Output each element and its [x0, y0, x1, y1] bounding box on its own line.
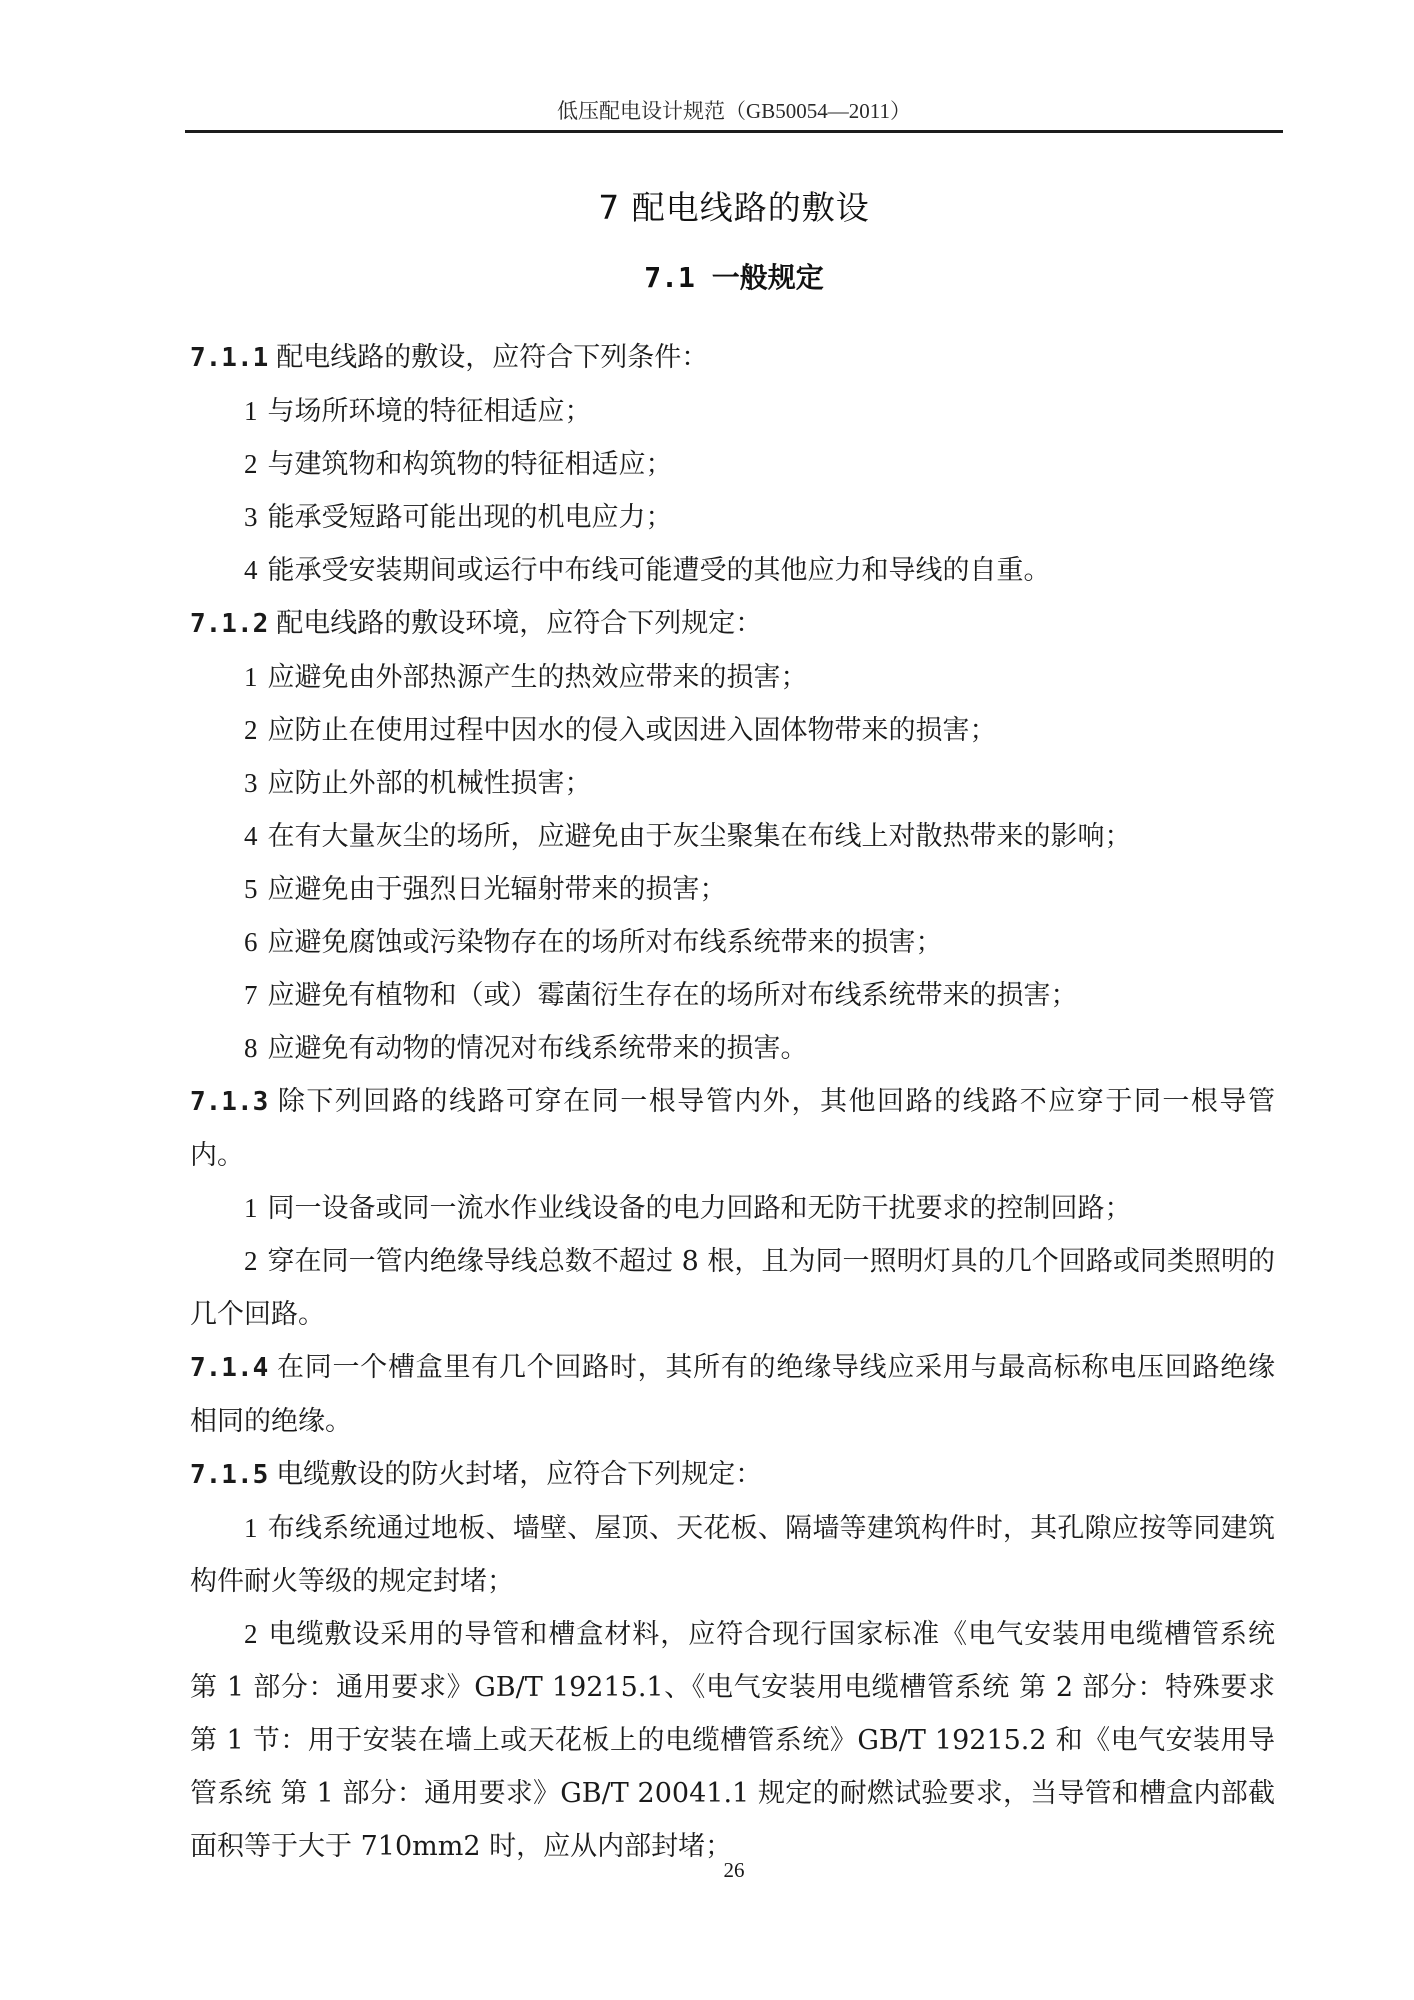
item-number: 8 [244, 1033, 258, 1063]
item-number: 4 [244, 555, 258, 585]
clause-7-1-5: 7.1.5电缆敷设的防火封堵，应符合下列规定： [190, 1448, 1275, 1502]
item-number: 4 [244, 821, 258, 851]
item-text: 能承受短路可能出现的机电应力； [268, 502, 673, 533]
clause-text: 配电线路的敷设，应符合下列条件： [276, 342, 708, 373]
list-item: 1同一设备或同一流水作业线设备的电力回路和无防干扰要求的控制回路； [190, 1182, 1275, 1235]
item-number: 1 [244, 396, 258, 426]
section-title: 7.1 一般规定 [185, 258, 1283, 298]
item-number: 3 [244, 768, 258, 798]
list-item: 4在有大量灰尘的场所，应避免由于灰尘聚集在布线上对散热带来的影响； [190, 810, 1275, 863]
clause-text: 在同一个槽盒里有几个回路时，其所有的绝缘导线应采用与最高标称电压回路绝缘相同的绝… [190, 1352, 1275, 1437]
list-item: 1应避免由外部热源产生的热效应带来的损害； [190, 651, 1275, 704]
item-text: 电缆敷设采用的导管和槽盒材料，应符合现行国家标准《电气安装用电缆槽管系统 第 1… [190, 1619, 1275, 1862]
item-number: 1 [244, 1513, 258, 1543]
item-number: 7 [244, 980, 258, 1010]
clause-number: 7.1.3 [190, 1087, 268, 1117]
item-text: 应避免由于强烈日光辐射带来的损害； [268, 874, 727, 905]
list-item: 7应避免有植物和（或）霉菌衍生存在的场所对布线系统带来的损害； [190, 969, 1275, 1022]
item-number: 2 [244, 1246, 258, 1276]
list-item: 1与场所环境的特征相适应； [190, 385, 1275, 438]
item-text: 穿在同一管内绝缘导线总数不超过 8 根，且为同一照明灯具的几个回路或同类照明的几… [190, 1246, 1275, 1330]
item-text: 与场所环境的特征相适应； [268, 396, 592, 427]
list-item: 2与建筑物和构筑物的特征相适应； [190, 438, 1275, 491]
list-item: 8应避免有动物的情况对布线系统带来的损害。 [190, 1022, 1275, 1075]
clause-number: 7.1.4 [190, 1353, 268, 1383]
list-item: 3应防止外部的机械性损害； [190, 757, 1275, 810]
clause-7-1-4: 7.1.4在同一个槽盒里有几个回路时，其所有的绝缘导线应采用与最高标称电压回路绝… [190, 1341, 1275, 1448]
item-number: 5 [244, 874, 258, 904]
running-header: 低压配电设计规范（GB50054—2011） [185, 96, 1283, 126]
item-text: 同一设备或同一流水作业线设备的电力回路和无防干扰要求的控制回路； [268, 1193, 1132, 1224]
list-item: 2应防止在使用过程中因水的侵入或因进入固体物带来的损害； [190, 704, 1275, 757]
list-item: 5应避免由于强烈日光辐射带来的损害； [190, 863, 1275, 916]
item-number: 2 [244, 449, 258, 479]
clause-number: 7.1.5 [190, 1460, 268, 1490]
clause-text: 电缆敷设的防火封堵，应符合下列规定： [276, 1459, 762, 1490]
document-body: 7.1.1配电线路的敷设，应符合下列条件： 1与场所环境的特征相适应； 2与建筑… [190, 331, 1275, 1873]
clause-7-1-1: 7.1.1配电线路的敷设，应符合下列条件： [190, 331, 1275, 385]
clause-number: 7.1.1 [190, 343, 268, 373]
item-number: 6 [244, 927, 258, 957]
item-text: 应防止在使用过程中因水的侵入或因进入固体物带来的损害； [268, 715, 997, 746]
clause-7-1-3: 7.1.3除下列回路的线路可穿在同一根导管内外，其他回路的线路不应穿于同一根导管… [190, 1075, 1275, 1182]
item-number: 2 [244, 1619, 258, 1649]
item-number: 2 [244, 715, 258, 745]
clause-number: 7.1.2 [190, 609, 268, 639]
list-item: 6应避免腐蚀或污染物存在的场所对布线系统带来的损害； [190, 916, 1275, 969]
item-text: 应防止外部的机械性损害； [268, 768, 592, 799]
item-number: 3 [244, 502, 258, 532]
clause-7-1-2: 7.1.2配电线路的敷设环境，应符合下列规定： [190, 597, 1275, 651]
header-rule [185, 130, 1283, 133]
item-text: 能承受安装期间或运行中布线可能遭受的其他应力和导线的自重。 [268, 555, 1051, 586]
item-text: 在有大量灰尘的场所，应避免由于灰尘聚集在布线上对散热带来的影响； [268, 821, 1132, 852]
item-text: 应避免有动物的情况对布线系统带来的损害。 [268, 1033, 808, 1064]
clause-text: 配电线路的敷设环境，应符合下列规定： [276, 608, 762, 639]
chapter-title: 7 配电线路的敷设 [185, 185, 1283, 231]
item-text: 应避免腐蚀或污染物存在的场所对布线系统带来的损害； [268, 927, 943, 958]
list-item: 2电缆敷设采用的导管和槽盒材料，应符合现行国家标准《电气安装用电缆槽管系统 第 … [190, 1608, 1275, 1873]
item-text: 应避免由外部热源产生的热效应带来的损害； [268, 662, 808, 693]
item-text: 布线系统通过地板、墙壁、屋顶、天花板、隔墙等建筑构件时，其孔隙应按等同建筑构件耐… [190, 1513, 1275, 1597]
list-item: 2穿在同一管内绝缘导线总数不超过 8 根，且为同一照明灯具的几个回路或同类照明的… [190, 1235, 1275, 1341]
page-number: 26 [185, 1855, 1283, 1885]
list-item: 1布线系统通过地板、墙壁、屋顶、天花板、隔墙等建筑构件时，其孔隙应按等同建筑构件… [190, 1502, 1275, 1608]
item-text: 应避免有植物和（或）霉菌衍生存在的场所对布线系统带来的损害； [268, 980, 1078, 1011]
item-text: 与建筑物和构筑物的特征相适应； [268, 449, 673, 480]
item-number: 1 [244, 662, 258, 692]
list-item: 4能承受安装期间或运行中布线可能遭受的其他应力和导线的自重。 [190, 544, 1275, 597]
clause-text: 除下列回路的线路可穿在同一根导管内外，其他回路的线路不应穿于同一根导管内。 [190, 1086, 1275, 1171]
item-number: 1 [244, 1193, 258, 1223]
list-item: 3能承受短路可能出现的机电应力； [190, 491, 1275, 544]
